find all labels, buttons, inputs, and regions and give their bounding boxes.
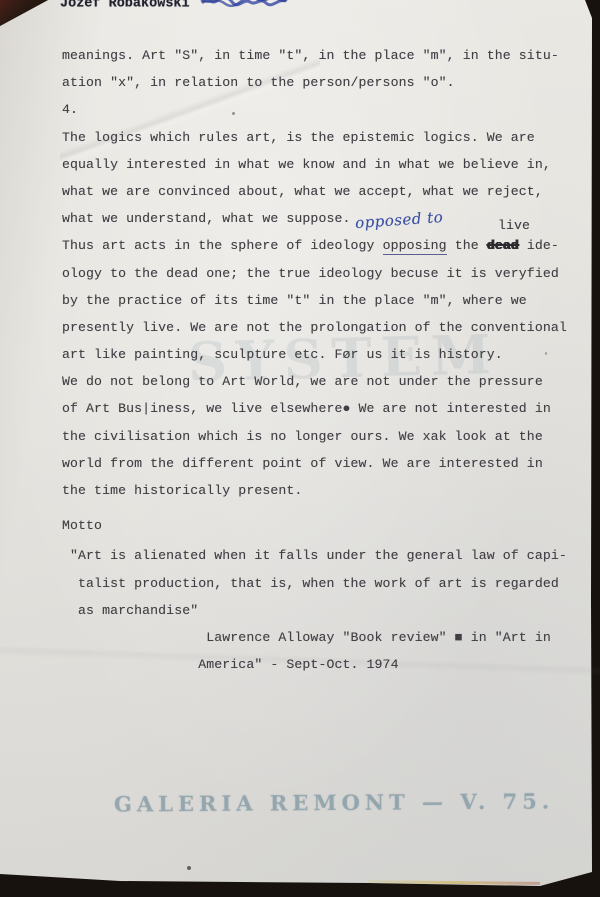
struck-word: dead (487, 238, 519, 253)
motto-quote: "Art is alienated when it falls under th… (62, 542, 577, 624)
body-line: of Art Bus|iness, we live elsewhere● We … (62, 395, 577, 422)
body-line: The logics which rules art, is the epist… (62, 124, 577, 151)
author-header: Jozef Robakowski (60, 0, 288, 9)
body-line: meanings. Art "S", in time "t", in the p… (62, 42, 577, 69)
quote-attribution: Lawrence Alloway "Book review" ■ in "Art… (62, 624, 577, 678)
author-name: Jozef Robakowski (60, 0, 190, 12)
quote-line: "Art is alienated when it falls under th… (62, 542, 577, 569)
typed-insertion-above: live (498, 218, 530, 234)
attribution-line: Lawrence Alloway "Book review" ■ in "Art… (62, 624, 577, 651)
typewritten-body: meanings. Art "S", in time "t", in the p… (62, 42, 577, 678)
ink-speck (187, 866, 191, 870)
body-line: the civilisation which is no longer ours… (62, 423, 577, 450)
quote-line: talist production, that is, when the wor… (62, 570, 577, 597)
quote-line: as marchandise" (62, 597, 577, 624)
section-number: 4. (62, 96, 577, 123)
body-line: We do not belong to Art World, we are no… (62, 368, 577, 395)
attribution-line: America" - Sept-Oct. 1974 (62, 651, 577, 678)
underlined-word: opposing (383, 238, 447, 255)
body-line: what we are convinced about, what we acc… (62, 178, 577, 205)
body-line: equally interested in what we know and i… (62, 151, 577, 178)
annotated-after: ide- (519, 238, 559, 253)
annotated-middle: the (447, 238, 487, 253)
motto-heading: Motto (62, 512, 577, 539)
body-line: world from the different point of view. … (62, 450, 577, 477)
body-line: presently live. We are not the prolongat… (62, 314, 577, 341)
ink-scribble-icon (200, 0, 288, 13)
body-line: art like painting, sculpture etc. Før us… (62, 341, 577, 368)
body-line: the time historically present. (62, 477, 577, 504)
body-line: ology to the dead one; the true ideology… (62, 260, 577, 287)
annotated-before: Thus art acts in the sphere of ideology (62, 238, 383, 253)
body-line: by the practice of its time "t" in the p… (62, 287, 577, 314)
body-line: ation "x", in relation to the person/per… (62, 69, 577, 96)
annotated-line: Thus art acts in the sphere of ideology … (62, 232, 577, 259)
